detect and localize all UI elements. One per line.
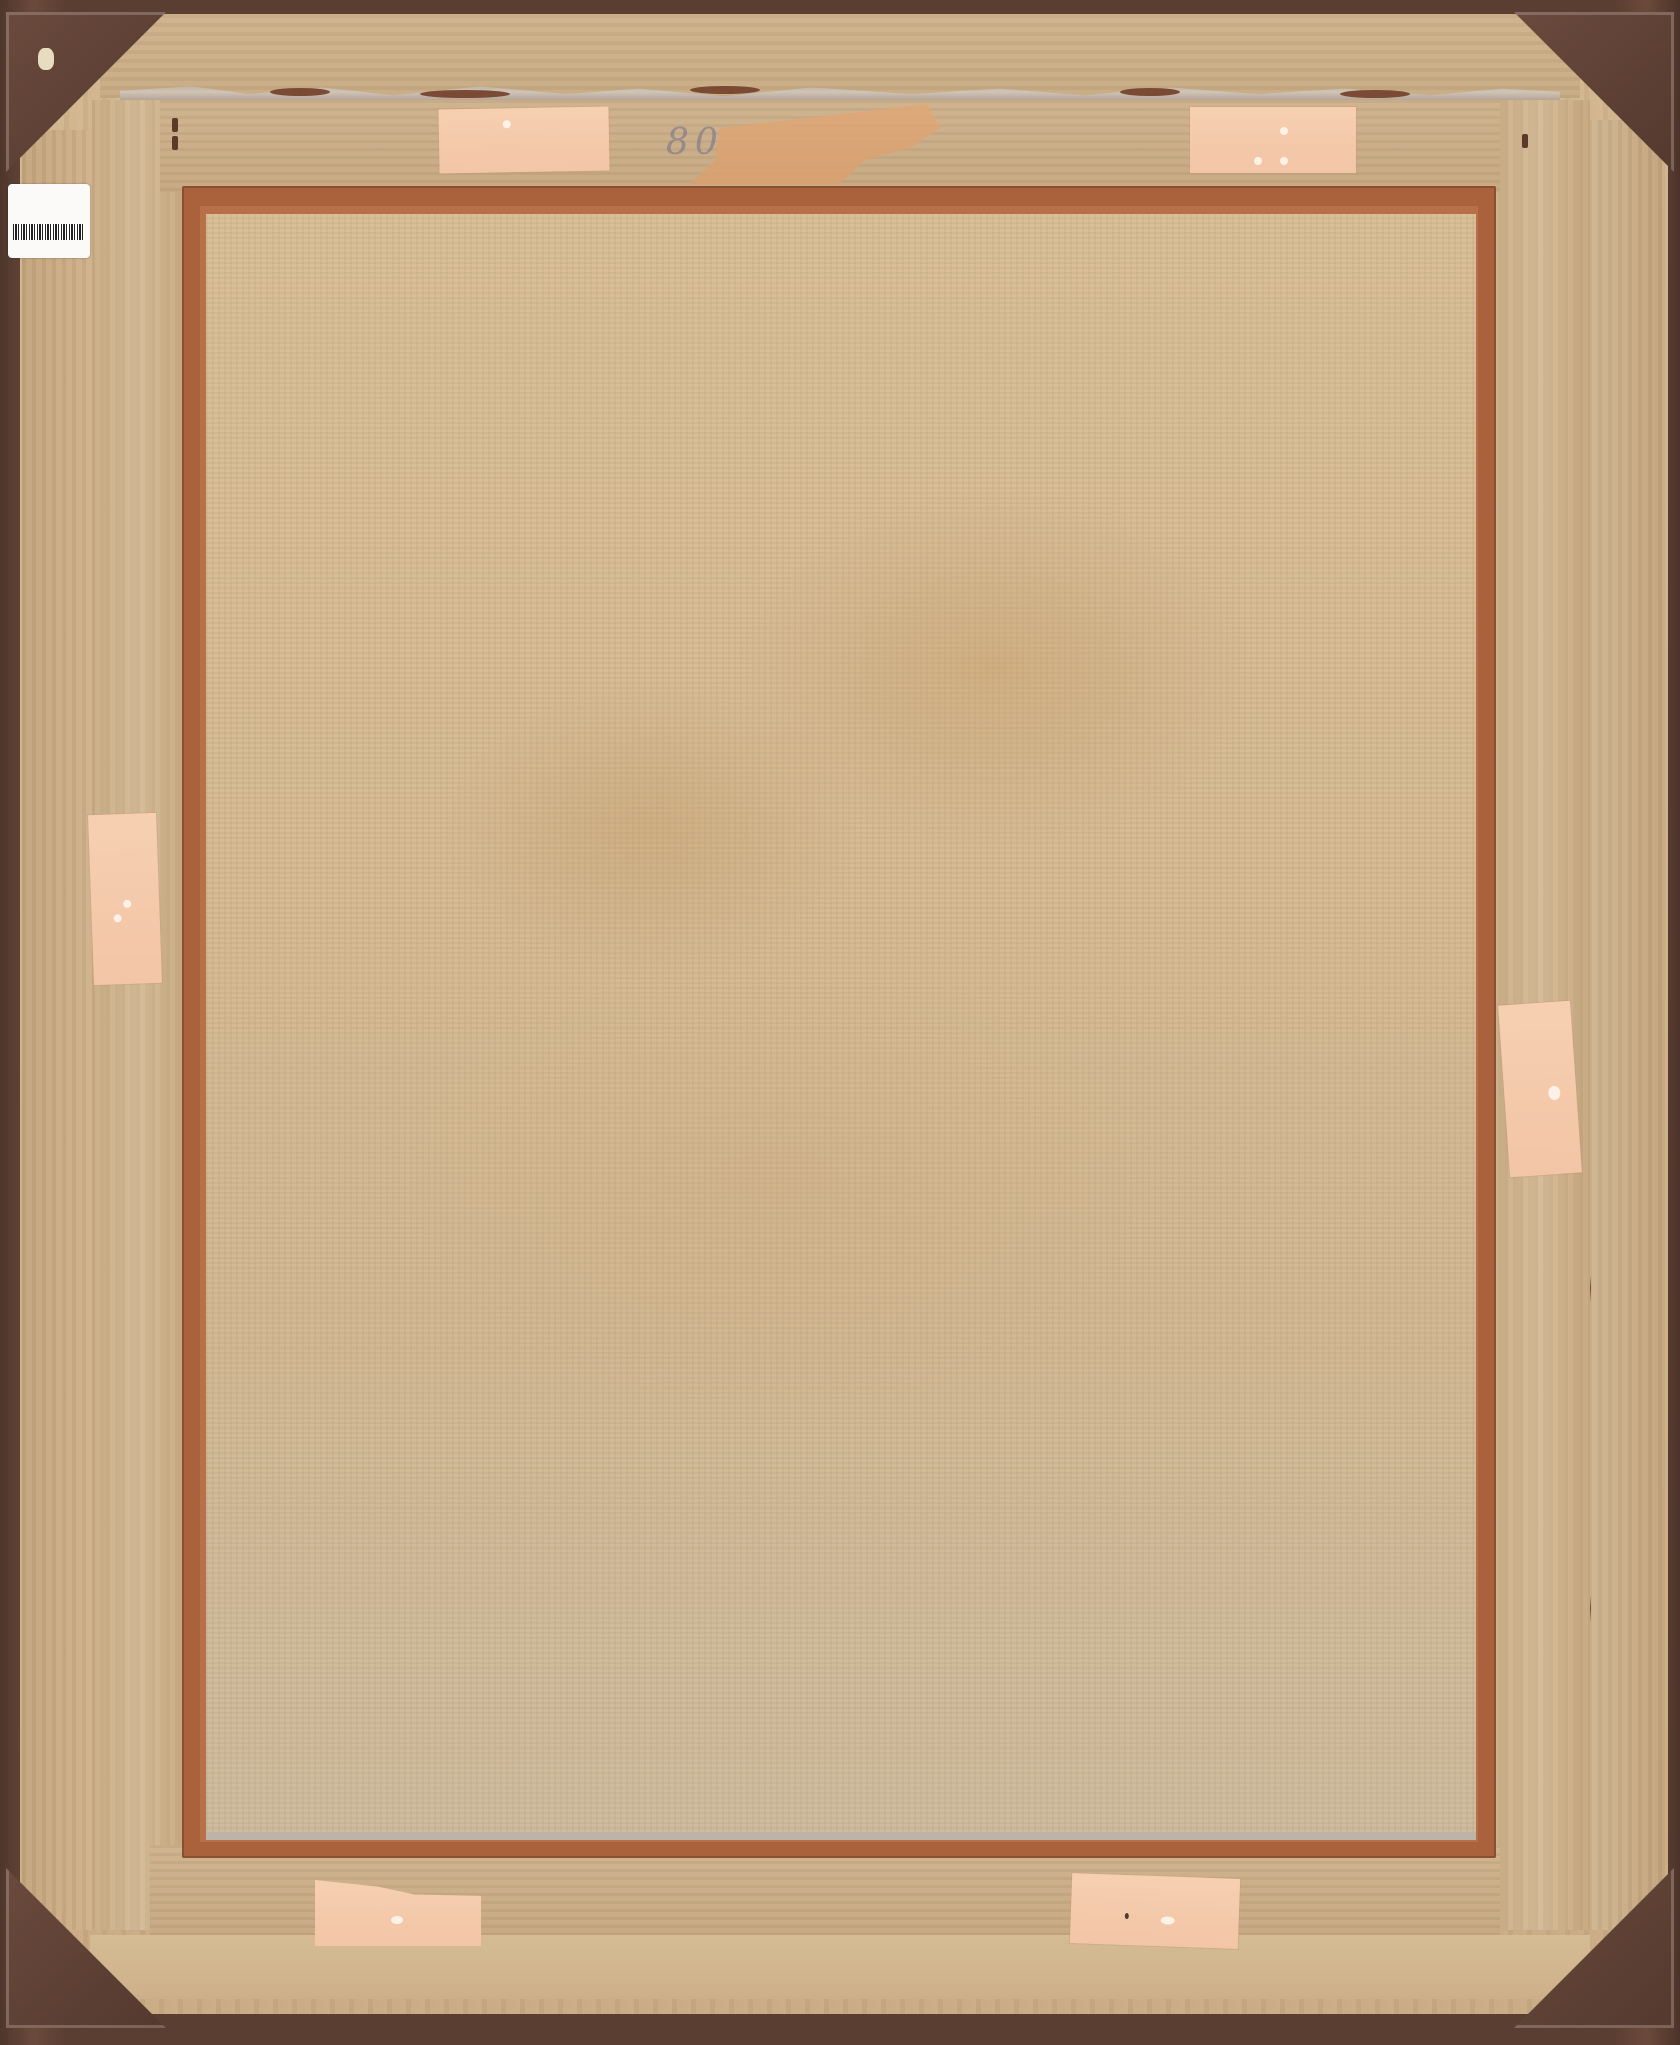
nail <box>172 118 178 132</box>
canvas-bottom-edge <box>206 1832 1476 1840</box>
tape-piece-right-middle <box>1498 1001 1582 1178</box>
tape-mark <box>1280 157 1288 165</box>
paper-tear <box>420 90 510 98</box>
tape-piece-bottom-right <box>1070 1873 1240 1949</box>
pencil-marking: 80 <box>666 122 724 163</box>
barcode-icon <box>13 224 85 240</box>
tape-mark <box>1254 157 1262 165</box>
tape-mark <box>391 1916 403 1924</box>
tape-mark <box>1548 1086 1561 1101</box>
tape-piece-top-left <box>438 107 609 174</box>
tape-mark <box>123 900 131 908</box>
tape-mark <box>1161 1916 1175 1924</box>
paper-tear <box>1120 88 1180 96</box>
auction-label <box>8 184 90 258</box>
paper-tear <box>690 86 760 94</box>
outer-right-bar <box>1588 120 1662 1930</box>
tape-mark <box>114 914 122 922</box>
nail <box>172 136 178 150</box>
tape-piece-top-right <box>1190 107 1356 173</box>
tape-mark <box>503 120 511 128</box>
paper-tear <box>270 88 330 96</box>
stretcher-bar-left <box>92 100 188 1930</box>
tape-piece-left-middle <box>88 813 162 985</box>
paint-spot <box>38 48 54 70</box>
top-board <box>100 14 1580 98</box>
nail <box>1522 134 1528 148</box>
outer-left-bar <box>22 130 94 1930</box>
canvas-reverse <box>206 214 1476 1834</box>
tape-mark <box>1280 127 1288 135</box>
paper-tear <box>1340 90 1410 98</box>
label-text <box>13 188 85 218</box>
tape-mark <box>1125 1913 1129 1919</box>
